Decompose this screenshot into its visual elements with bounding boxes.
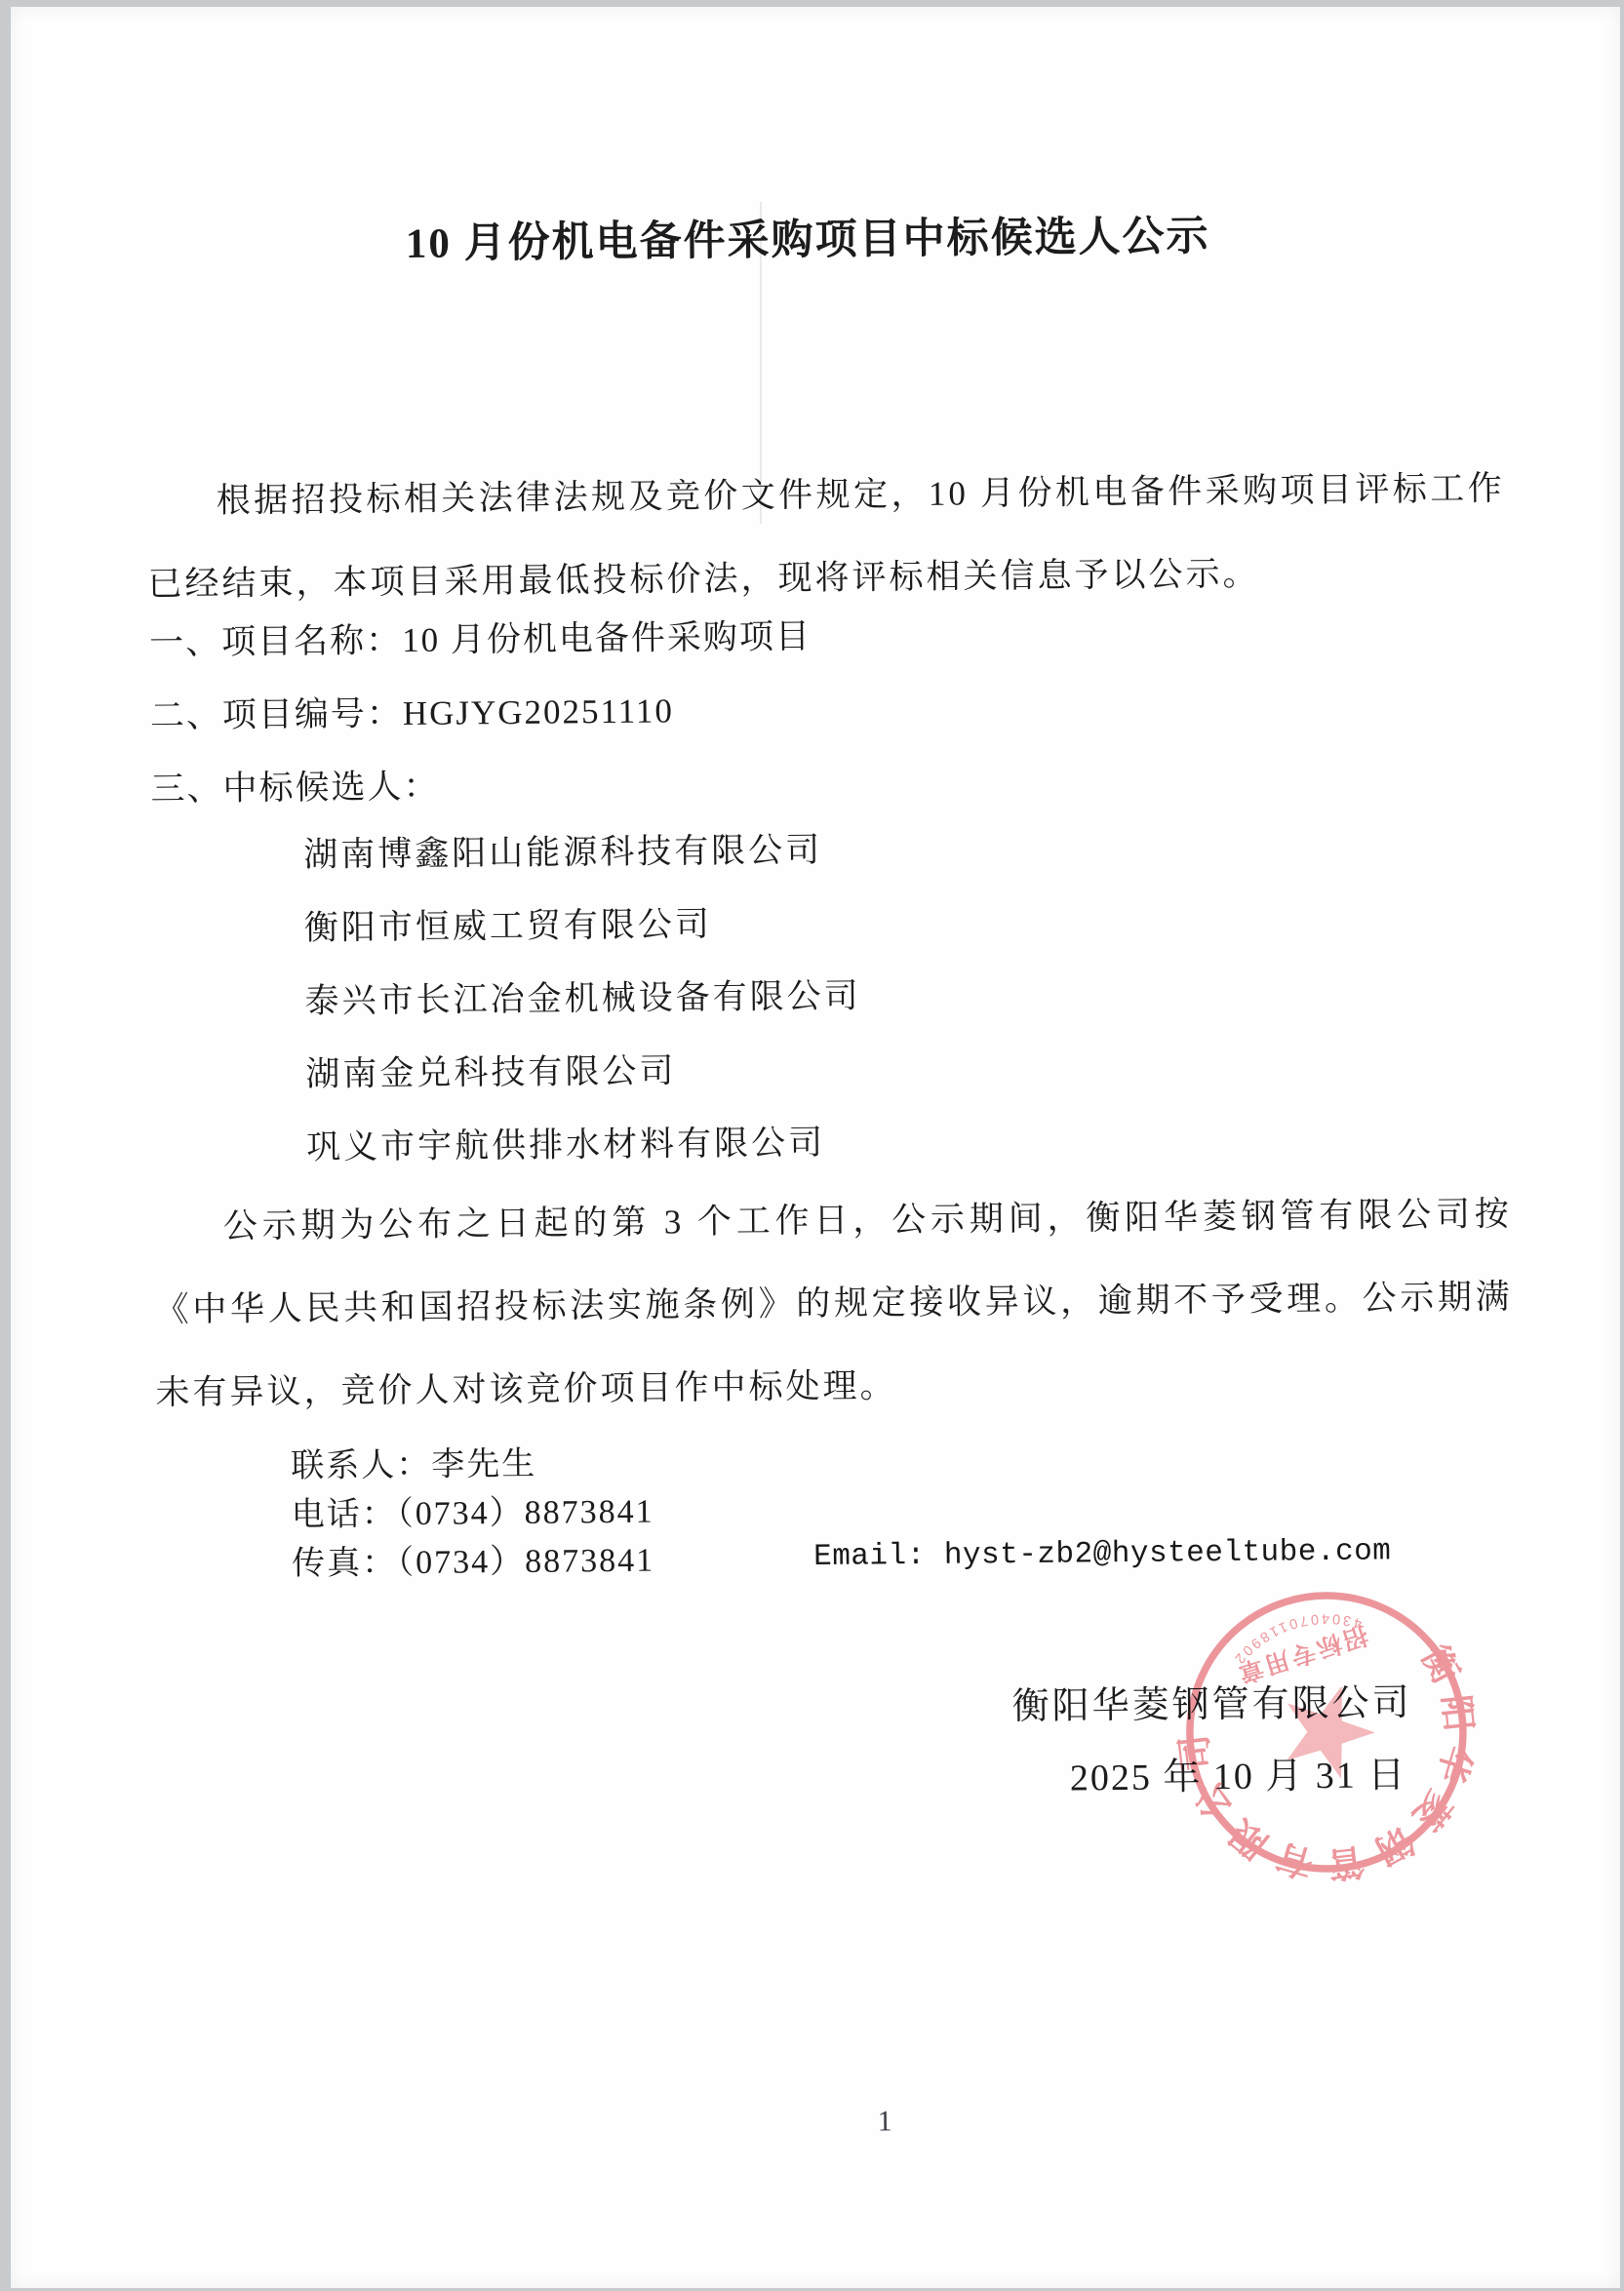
stamp-ring (1162, 1567, 1490, 1896)
page-number: 1 (878, 2105, 892, 2138)
page-title: 10 月份机电备件采购项目中标候选人公示 (3, 199, 1613, 274)
contact-block: 联系人：李先生 电话：（0734）8873841 传真：（0734）887384… (291, 1440, 654, 1590)
signature-company: 衡阳华菱钢管有限公司 (1011, 1680, 1411, 1729)
stamp-label: 招标专用章 (1233, 1620, 1371, 1688)
numbered-list: 一、项目名称：10 月份机电备件采购项目 二、项目编号：HGJYG2025111… (149, 600, 813, 826)
svg-text:4304070118902: 4304070118902 (1222, 1595, 1367, 1671)
contact-phone: 电话：（0734）8873841 (291, 1488, 654, 1541)
signature-date: 2025 年 10 月 31 日 (1070, 1753, 1407, 1800)
candidate-list: 湖南博鑫阳山能源科技有限公司 衡阳市恒威工贸有限公司 泰兴市长江冶金机械设备有限… (303, 813, 863, 1184)
candidate-name: 湖南博鑫阳山能源科技有限公司 (303, 813, 860, 891)
document-page: 10 月份机电备件采购项目中标候选人公示 根据招投标相关法律法规及竞价文件规定，… (11, 7, 1620, 2288)
notice-paragraph: 公示期为公布之日起的第 3 个工作日，公示期间，衡阳华菱钢管有限公司按《中华人民… (153, 1172, 1513, 1434)
scanned-document: { "title": "10 月份机电备件采购项目中标候选人公示", "para… (0, 0, 1624, 2291)
stamp-svg: 衡阳华菱钢管有限公司 4304070118902 招标专用章 (1162, 1567, 1490, 1896)
contact-person: 联系人：李先生 (291, 1440, 654, 1492)
candidate-name: 泰兴市长江冶金机械设备有限公司 (304, 960, 861, 1038)
contact-email: Email: hyst-zb2@hysteeltube.com (813, 1530, 1392, 1579)
project-number-line: 二、项目编号：HGJYG20251110 (149, 673, 812, 753)
company-stamp: 衡阳华菱钢管有限公司 4304070118902 招标专用章 (1162, 1567, 1490, 1896)
contact-fax: 传真：（0734）8873841 (292, 1537, 654, 1590)
candidate-name: 巩义市宇航供排水材料有限公司 (306, 1106, 863, 1184)
page-content: 10 月份机电备件采购项目中标候选人公示 根据招投标相关法律法规及竞价文件规定，… (1, 0, 1624, 2291)
project-name-line: 一、项目名称：10 月份机电备件采购项目 (149, 600, 812, 680)
stamp-serial-arc: 4304070118902 (1222, 1595, 1367, 1671)
intro-paragraph: 根据招投标相关法律法规及竞价文件规定，10 月份机电备件采购项目评标工作已经结束… (146, 447, 1506, 625)
candidate-name: 湖南金兑科技有限公司 (305, 1033, 862, 1111)
candidate-name: 衡阳市恒威工贸有限公司 (304, 887, 861, 965)
